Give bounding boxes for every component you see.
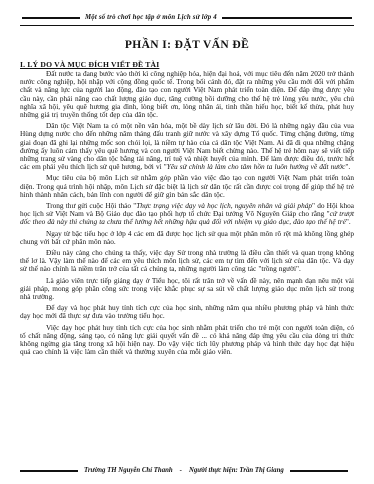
- body-text-segment: ".: [346, 217, 351, 226]
- paragraphs: Đất nước ta đang bước vào thời kì công n…: [20, 70, 354, 360]
- header-rule-left: [22, 17, 80, 19]
- body-text-segment: Đất nước ta đang bước vào thời kì công n…: [20, 69, 354, 119]
- body-text-segment: Việc dạy học phát huy tính tích cực của …: [20, 323, 354, 357]
- body-text-segment: Là giáo viên trực tiếp giảng dạy ở Tiểu …: [20, 276, 354, 301]
- running-header-title: Một số trò chơi học tập ở môn Lịch sử lớ…: [85, 14, 217, 21]
- document-page: Một số trò chơi học tập ở môn Lịch sử lớ…: [0, 0, 374, 484]
- body-text-segment: Để dạy và học phát huy tính tích cực của…: [20, 303, 354, 320]
- paragraph: Ngay từ bậc tiểu học ở lớp 4 các em đã đ…: [20, 230, 354, 246]
- body-text-segment: Mục tiêu của bộ môn Lịch sử nhằm góp phầ…: [20, 173, 354, 198]
- footer-school: Trường TH Nguyễn Chí Thanh: [84, 467, 173, 474]
- page-footer: Trường TH Nguyễn Chí Thanh - Người thực …: [20, 467, 354, 476]
- footer-separator: -: [180, 467, 182, 474]
- header-rule-right: [222, 17, 352, 19]
- body-text-segment: ".: [345, 162, 350, 171]
- paragraph: Để dạy và học phát huy tính tích cực của…: [20, 304, 354, 320]
- footer-author: Người thực hiện: Trần Thị Giang: [189, 467, 284, 474]
- quote-italic-text: Yêu sử chính là làm cho tâm hồn ta luôn …: [167, 162, 346, 171]
- paragraph: Trong thư gửi cuộc Hội thảo "Thực trạng …: [20, 202, 354, 227]
- running-header: Một số trò chơi học tập ở môn Lịch sử lớ…: [22, 14, 352, 21]
- paragraph: Là giáo viên trực tiếp giảng dạy ở Tiểu …: [20, 277, 354, 302]
- footer-text: Trường TH Nguyễn Chí Thanh - Người thực …: [84, 467, 284, 474]
- paragraph: Việc dạy học phát huy tính tích cực của …: [20, 324, 354, 357]
- header-underline: [20, 25, 354, 26]
- section-heading: I. LÝ DO VÀ MỤC ĐÍCH VIẾT ĐỀ TÀI: [20, 60, 354, 69]
- body-text-segment: Ngay từ bậc tiểu học ở lớp 4 các em đã đ…: [20, 229, 354, 246]
- paragraph: Mục tiêu của bộ môn Lịch sử nhằm góp phầ…: [20, 174, 354, 199]
- paragraph: Điều này càng cho chúng ta thấy, việc dạ…: [20, 249, 354, 274]
- page-title: PHẦN I: ĐẶT VẤN ĐỀ: [20, 39, 354, 51]
- footer-rule-right: [290, 470, 348, 472]
- body-text-segment: Điều này càng cho chúng ta thấy, việc dạ…: [20, 248, 354, 273]
- paragraph: Đất nước ta đang bước vào thời kì công n…: [20, 70, 354, 119]
- paragraph: Dân tộc Việt Nam ta có một nền văn hóa, …: [20, 122, 354, 171]
- footer-rule-left: [20, 470, 78, 472]
